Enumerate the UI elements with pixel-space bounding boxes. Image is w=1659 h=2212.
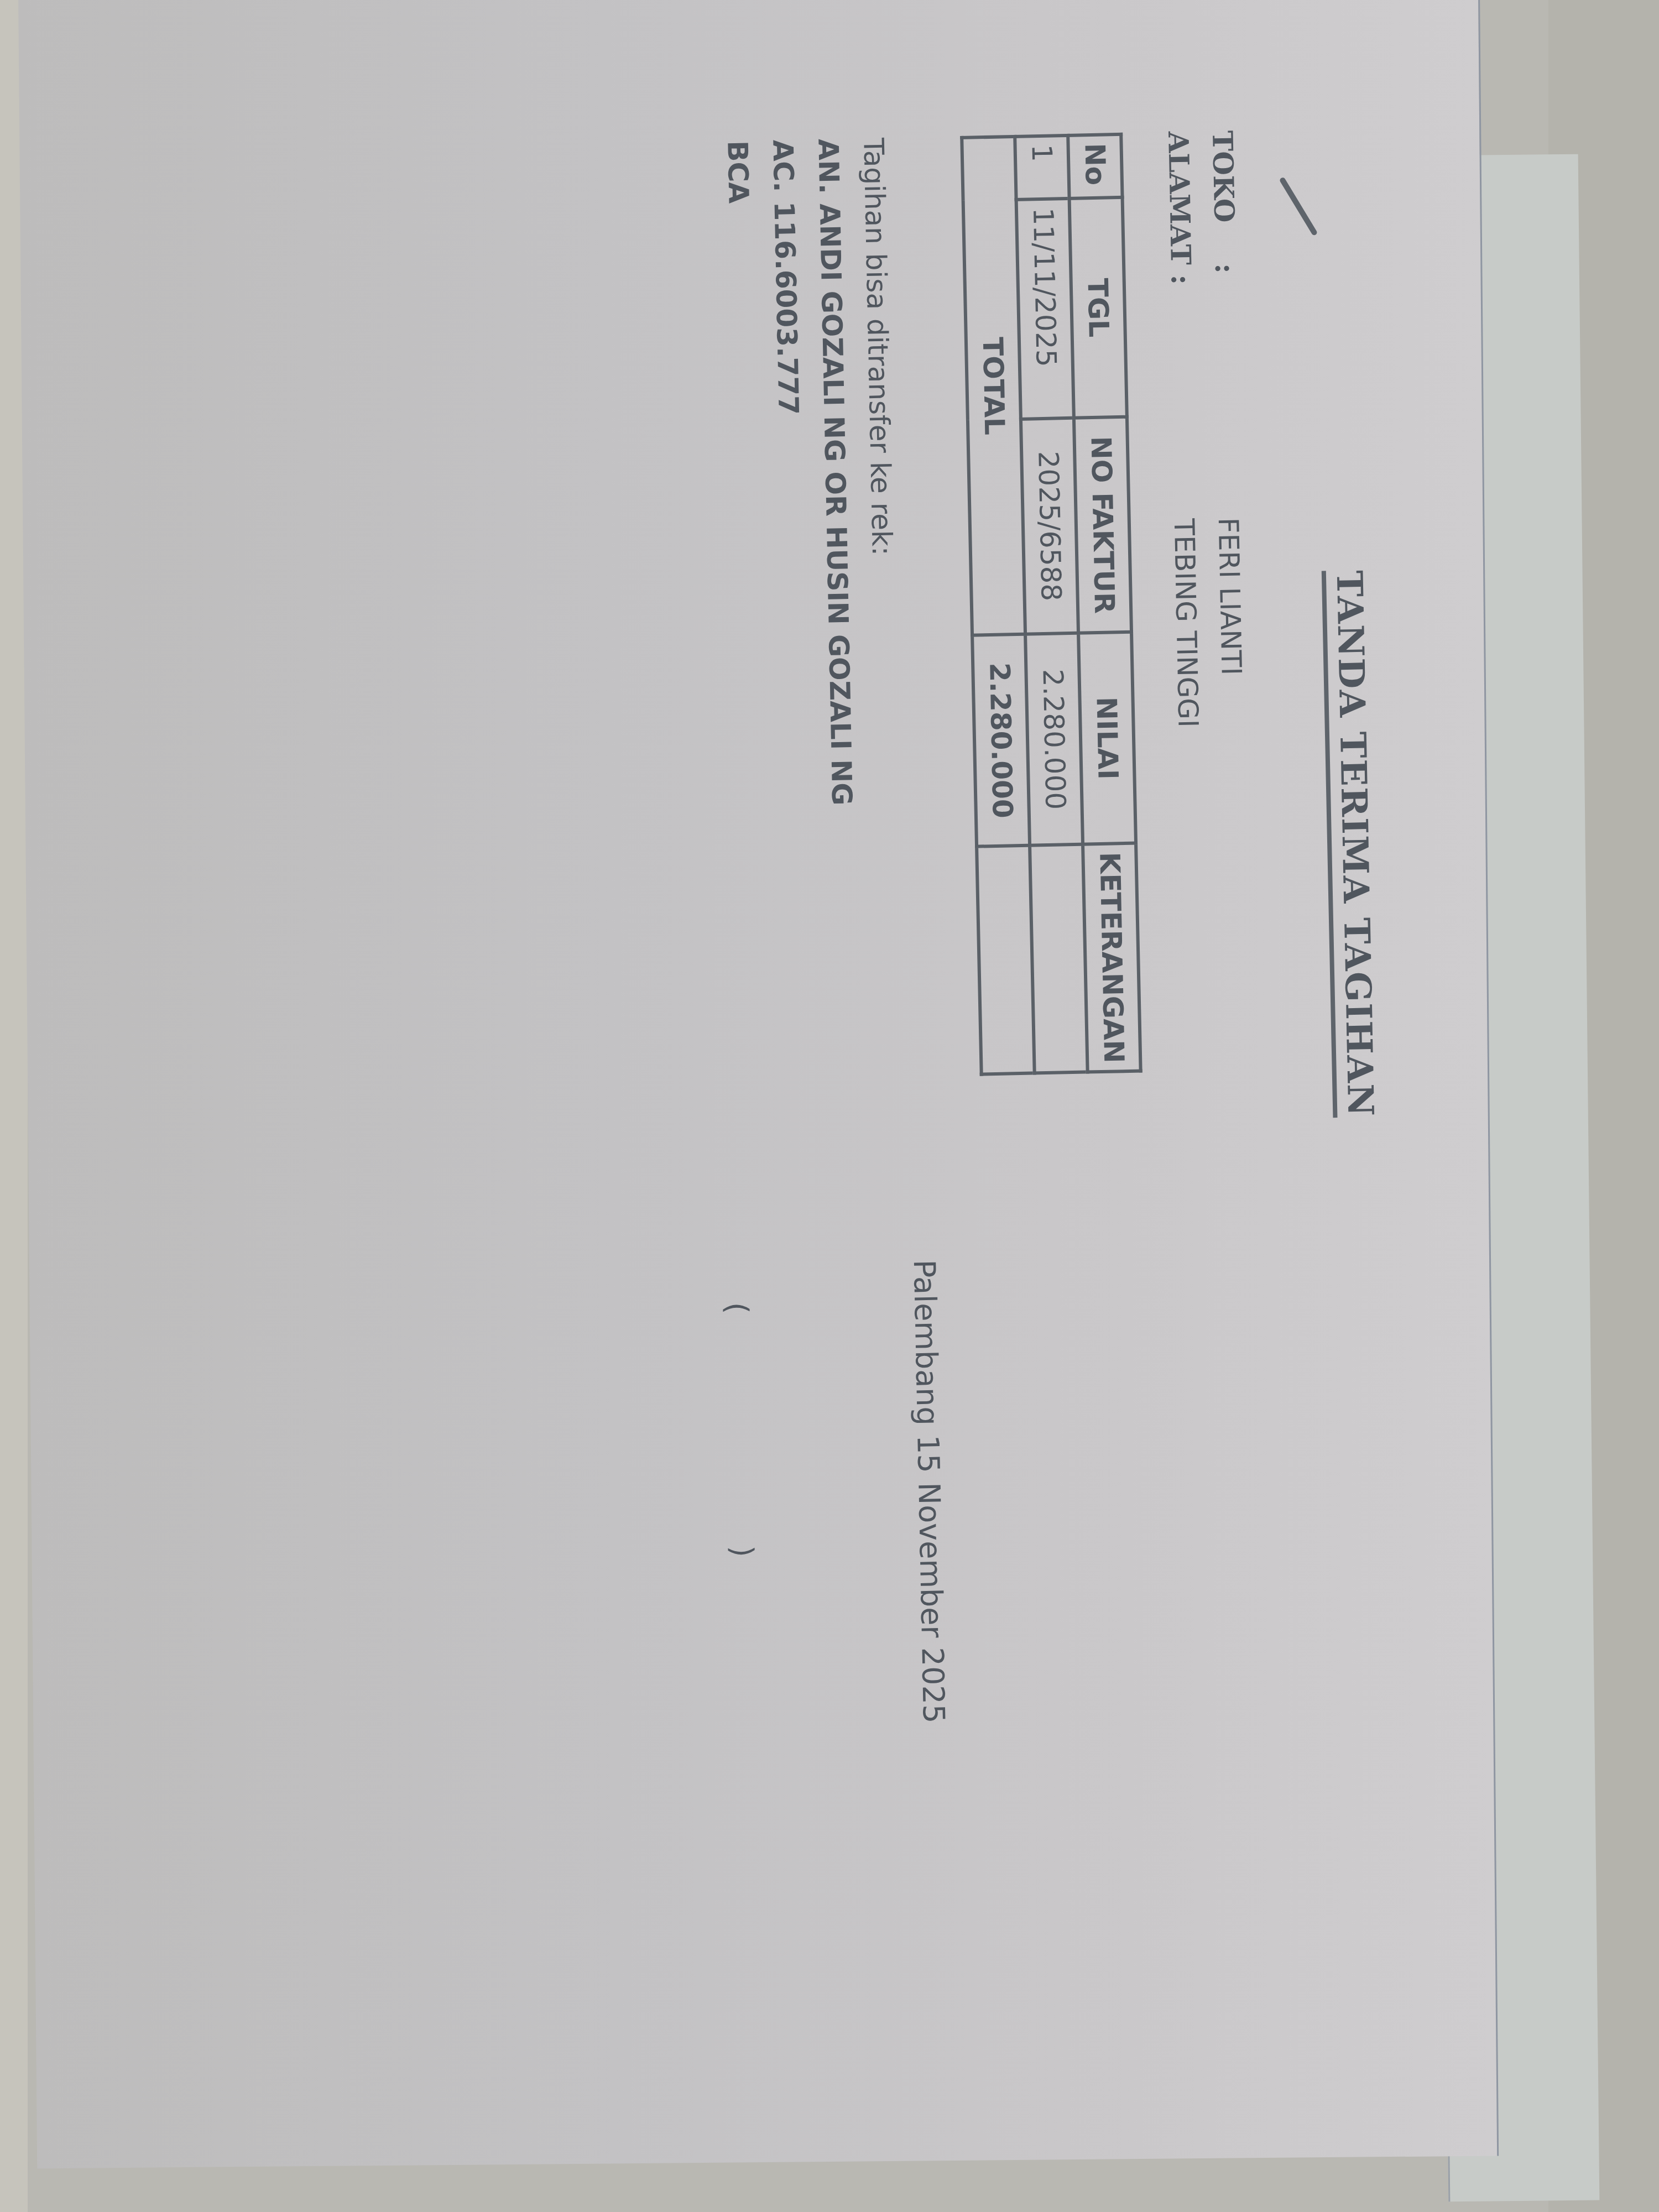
row-keterangan <box>1030 844 1088 1073</box>
document-title: TANDA TERIMA TAGIHAN <box>1322 570 1381 1118</box>
payment-info: Tagihan bisa ditransfer ke rek: AN. ANDI… <box>714 137 910 807</box>
row-nilai: 2.280.000 <box>1025 633 1083 846</box>
document-content: TANDA TERIMA TAGIHAN TOKO : FERI LIANTI … <box>111 127 1417 1813</box>
signature-open-paren: ( <box>719 1302 754 1314</box>
header-nilai: NILAI <box>1078 632 1136 844</box>
header-no-faktur: NO FAKTUR <box>1074 417 1131 633</box>
signature-close-paren: ) <box>724 1545 759 1557</box>
total-value: 2.280.000 <box>972 634 1030 847</box>
total-label: TOTAL <box>962 137 1025 635</box>
header-tgl: TGL <box>1070 197 1127 418</box>
header-keterangan: KETERANGAN <box>1083 843 1141 1072</box>
place-date: Palembang 15 November 2025 <box>907 1259 952 1724</box>
row-no-faktur: 2025/6588 <box>1021 418 1078 634</box>
check-mark-icon <box>1279 176 1318 236</box>
store-value: FERI LIANTI <box>1212 517 1248 675</box>
store-separator: : <box>1209 263 1241 274</box>
store-label: TOKO <box>1206 130 1240 223</box>
row-no: 1 <box>1015 135 1069 200</box>
total-keterangan <box>977 846 1035 1074</box>
address-value: TEBING TINGGI <box>1168 518 1204 728</box>
address-label: ALAMAT : <box>1162 131 1198 285</box>
invoice-table: No TGL NO FAKTUR NILAI KETERANGAN 1 11/1… <box>960 133 1142 1076</box>
header-no: No <box>1068 134 1122 199</box>
row-tgl: 11/11/2025 <box>1016 199 1074 419</box>
